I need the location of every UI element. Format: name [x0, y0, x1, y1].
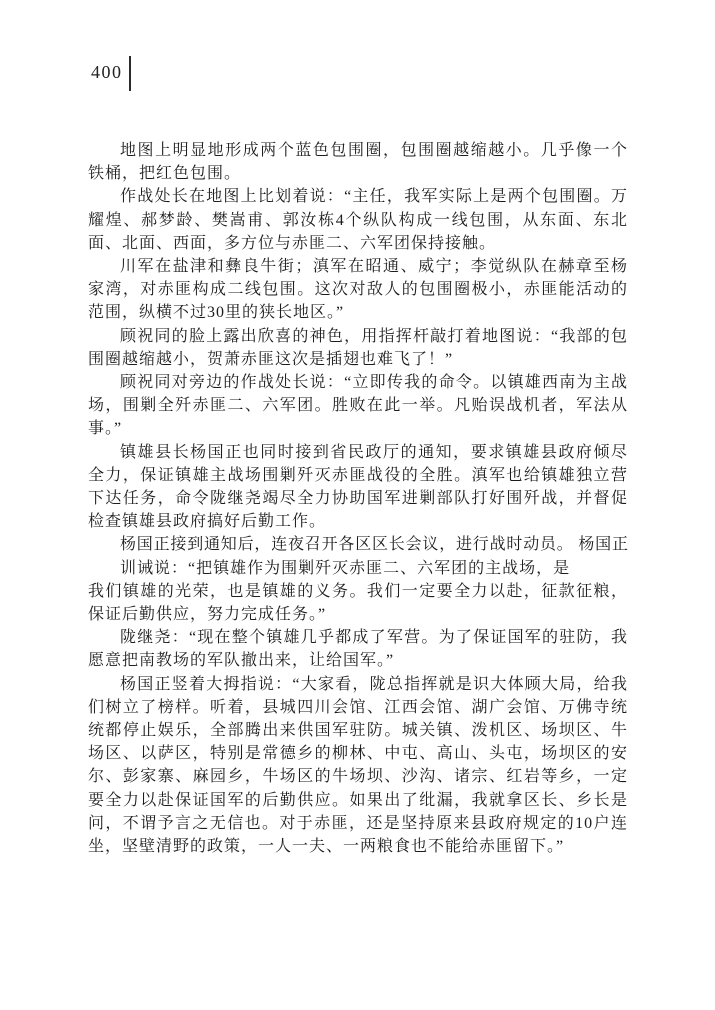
- page-number-rule: [129, 56, 131, 91]
- text-block: 地图上明显地形成两个蓝色包围圈，包围圈越缩越小。几乎像一个铁桶，把红色包围。 作…: [88, 139, 628, 858]
- paragraph-yang-meeting-line: 杨国正接到通知后，连夜召开各区区长会议，进行战时动员。 杨国正: [88, 533, 628, 556]
- paragraph-yang-admonish-line: 训诫说：“把镇雄作为围剿歼灭赤匪二、六军团的主战场，是: [88, 557, 628, 580]
- paragraph-county-notice: 镇雄县长杨国正也同时接到省民政厅的通知，要求镇雄县政府倾尽全力，保证镇雄主战场围…: [88, 441, 628, 534]
- book-page: 400 地图上明显地形成两个蓝色包围圈，包围圈越缩越小。几乎像一个铁桶，把红色包…: [0, 0, 715, 1010]
- paragraph-yang-admonish-cont: 我们镇雄的光荣，也是镇雄的义务。我们一定要全力以赴，征款征粮，保证后勤供应，努力…: [88, 580, 628, 626]
- paragraph-gu-zhutong-order: 顾祝同对旁边的作战处长说：“立即传我的命令。以镇雄西南为主战场，围剿全歼赤匪二、…: [88, 371, 628, 441]
- paragraph-operations-officer: 作战处长在地图上比划着说：“主任，我军实际上是两个包围圈。万耀煌、郝梦龄、樊嵩甫…: [88, 185, 628, 255]
- page-number: 400: [91, 62, 123, 83]
- paragraph-second-line-siege: 川军在盐津和彝良牛街；滇军在昭通、威宁；李觉纵队在赫章至杨家湾，对赤匪构成二线包…: [88, 255, 628, 325]
- paragraph-yang-thumbs-up: 杨国正竖着大拇指说：“大家看，陇总指挥就是识大体顾大局，给我们树立了榜样。听着，…: [88, 673, 628, 859]
- paragraph-gu-zhutong-joy: 顾祝同的脸上露出欣喜的神色，用指挥杆敲打着地图说：“我部的包围圈越缩越小，贺萧赤…: [88, 325, 628, 371]
- paragraph-long-jiyao: 陇继尧：“现在整个镇雄几乎都成了军营。为了保证国军的驻防，我愿意把南教场的军队撤…: [88, 626, 628, 672]
- paragraph-map-encirclement: 地图上明显地形成两个蓝色包围圈，包围圈越缩越小。几乎像一个铁桶，把红色包围。: [88, 139, 628, 185]
